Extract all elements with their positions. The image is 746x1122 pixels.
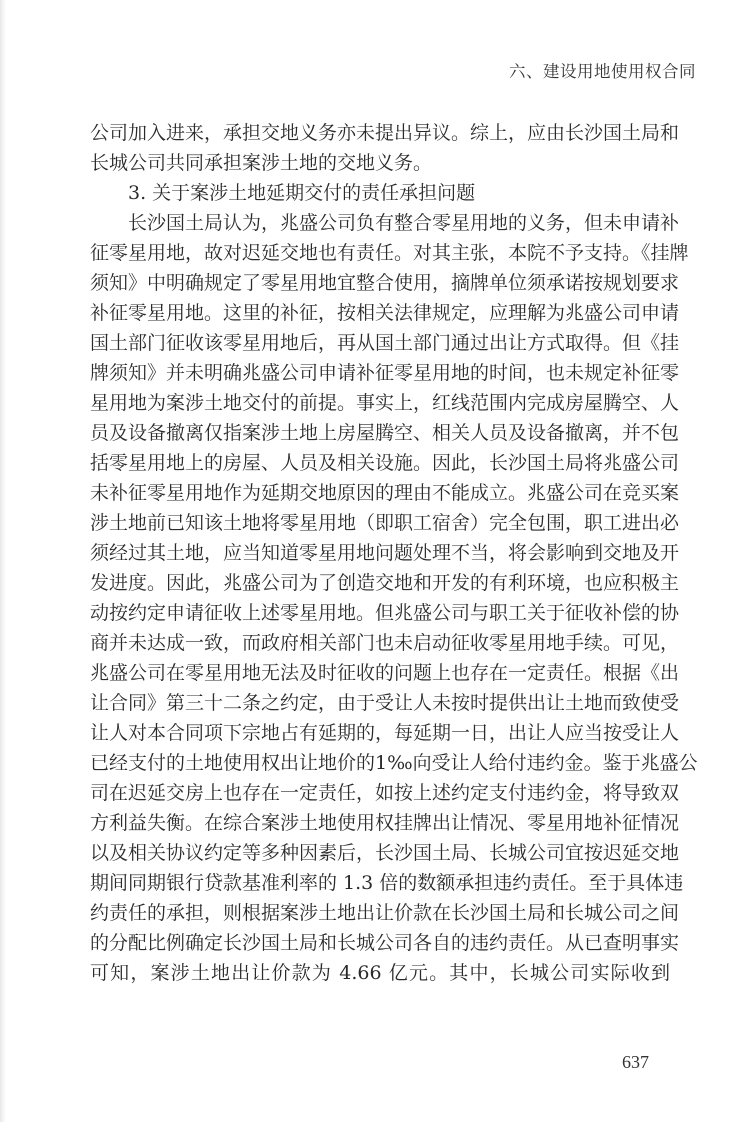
- text-line: 可知，案涉土地出让价款为 4.66 亿元。其中，长城公司实际收到: [90, 958, 670, 988]
- text-line: 司在迟延交房上也存在一定责任，如按上述约定支付违约金，将导致双: [90, 778, 670, 808]
- body-text: 公司加入进来，承担交地义务亦未提出异议。综上，应由长沙国土局和 长城公司共同承担…: [90, 118, 670, 988]
- text-line: 括零星用地上的房屋、人员及相关设施。因此，长沙国土局将兆盛公司: [90, 448, 670, 478]
- scan-edge-shadow: [0, 0, 6, 1122]
- text-line: 已经支付的土地使用权出让地价的1‰向受让人给付违约金。鉴于兆盛公: [90, 748, 670, 778]
- text-line: 补征零星用地。这里的补征，按相关法律规定，应理解为兆盛公司申请: [90, 298, 670, 328]
- running-head: 六、建设用地使用权合同: [509, 58, 696, 82]
- text-line: 未补征零星用地作为延期交地原因的理由不能成立。兆盛公司在竞买案: [90, 478, 670, 508]
- text-line: 发进度。因此，兆盛公司为了创造交地和开发的有利环境，也应积极主: [90, 568, 670, 598]
- text-line: 员及设备撤离仅指案涉土地上房屋腾空、相关人员及设备撤离，并不包: [90, 418, 670, 448]
- text-line: 涉土地前已知该土地将零星用地（即职工宿舍）完全包围，职工进出必: [90, 508, 670, 538]
- text-line: 以及相关协议约定等多种因素后，长沙国土局、长城公司宜按迟延交地: [90, 838, 670, 868]
- text-line: 牌须知》并未明确兆盛公司申请补征零星用地的时间，也未规定补征零: [90, 358, 670, 388]
- text-line: 动按约定申请征收上述零星用地。但兆盛公司与职工关于征收补偿的协: [90, 598, 670, 628]
- text-line: 须经过其土地，应当知道零星用地问题处理不当，将会影响到交地及开: [90, 538, 670, 568]
- text-line: 长沙国土局认为，兆盛公司负有整合零星用地的义务，但未申请补: [90, 208, 670, 238]
- text-line: 长城公司共同承担案涉土地的交地义务。: [90, 148, 670, 178]
- text-line: 公司加入进来，承担交地义务亦未提出异议。综上，应由长沙国土局和: [90, 118, 670, 148]
- page-number: 637: [622, 1052, 649, 1073]
- text-line: 的分配比例确定长沙国土局和长城公司各自的违约责任。从已查明事实: [90, 928, 670, 958]
- text-line: 兆盛公司在零星用地无法及时征收的问题上也存在一定责任。根据《出: [90, 658, 670, 688]
- section-heading: 3. 关于案涉土地延期交付的责任承担问题: [90, 178, 670, 208]
- text-line: 国土部门征收该零星用地后，再从国土部门通过出让方式取得。但《挂: [90, 328, 670, 358]
- text-line: 期间同期银行贷款基准利率的 1.3 倍的数额承担违约责任。至于具体违: [90, 868, 670, 898]
- text-line: 让合同》第三十二条之约定，由于受让人未按时提供出让土地而致使受: [90, 688, 670, 718]
- text-line: 让人对本合同项下宗地占有延期的，每延期一日，出让人应当按受让人: [90, 718, 670, 748]
- text-line: 星用地为案涉土地交付的前提。事实上，红线范围内完成房屋腾空、人: [90, 388, 670, 418]
- text-line: 须知》中明确规定了零星用地宜整合使用，摘牌单位须承诺按规划要求: [90, 268, 670, 298]
- text-line: 方利益失衡。在综合案涉土地使用权挂牌出让情况、零星用地补征情况: [90, 808, 670, 838]
- text-line: 征零星用地，故对迟延交地也有责任。对其主张，本院不予支持。《挂牌: [90, 238, 670, 268]
- text-line: 约责任的承担，则根据案涉土地出让价款在长沙国土局和长城公司之间: [90, 898, 670, 928]
- text-line: 商并未达成一致，而政府相关部门也未启动征收零星用地手续。可见，: [90, 628, 670, 658]
